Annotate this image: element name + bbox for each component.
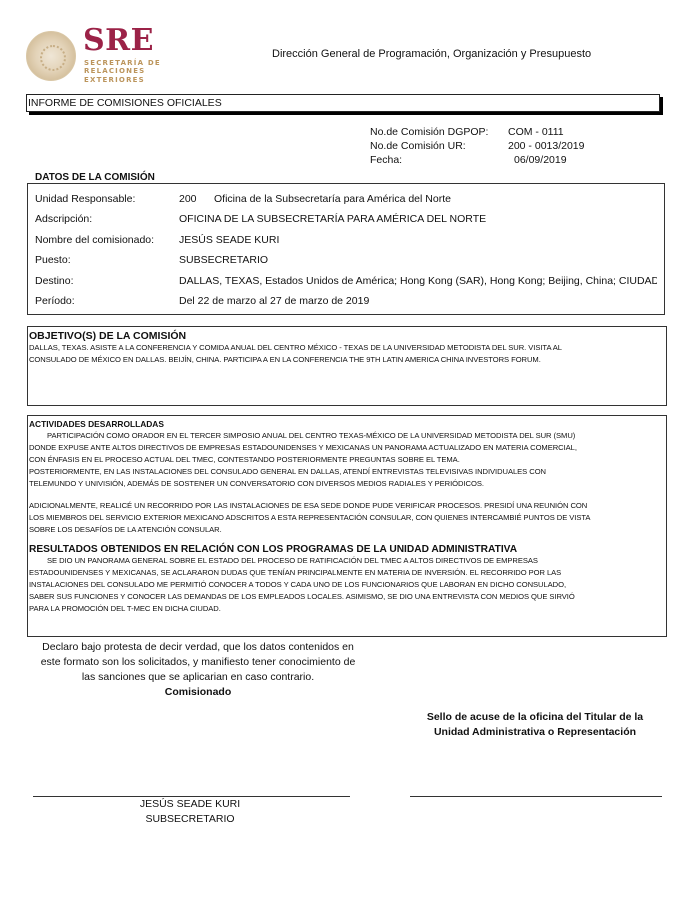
results-line: INSTALACIONES DEL CONSULADO ME PERMITIÓ … xyxy=(29,579,666,591)
results-heading: RESULTADOS OBTENIDOS EN RELACIÓN CON LOS… xyxy=(29,544,666,555)
objectives-line: DALLAS, TEXAS. ASISTE A LA CONFERENCIA Y… xyxy=(29,342,666,354)
activities-line: LOS MIEMBROS DEL SERVICIO EXTERIOR MEXIC… xyxy=(29,512,666,524)
activities-box: ACTIVIDADES DESARROLLADAS PARTICIPACIÓN … xyxy=(27,415,667,637)
row-periodo: Período: Del 22 de marzo al 27 de marzo … xyxy=(35,295,657,307)
logo-subtitle: SECRETARÍA DE RELACIONES EXTERIORES xyxy=(84,59,161,84)
row-unidad-responsable: Unidad Responsable: 200Oficina de la Sub… xyxy=(35,193,657,205)
activities-line: ADICIONALMENTE, REALICÉ UN RECORRIDO POR… xyxy=(29,500,666,512)
sre-logo: SRE SECRETARÍA DE RELACIONES EXTERIORES xyxy=(26,27,166,87)
meta-fecha: Fecha: 06/09/2019 xyxy=(370,153,584,167)
results-line: PARA LA PROMOCIÓN DEL T-MEC EN DICHA CIU… xyxy=(29,603,666,615)
signature-position: SUBSECRETARIO xyxy=(90,812,290,827)
results-line: SE DIO UN PANORAMA GENERAL SOBRE EL ESTA… xyxy=(29,555,666,567)
activities-line: SOBRE LOS DESAFÍOS DE LA ATENCIÓN CONSUL… xyxy=(29,524,666,536)
commission-data-box: Unidad Responsable: 200Oficina de la Sub… xyxy=(27,183,665,315)
meta-dgpop: No.de Comisión DGPOP: COM - 0111 xyxy=(370,125,584,139)
commission-meta: No.de Comisión DGPOP: COM - 0111 No.de C… xyxy=(370,125,584,167)
activities-heading: ACTIVIDADES DESARROLLADAS xyxy=(29,419,666,429)
results-line: ESTADOUNIDENSES Y MEXICANAS, SE ACLARARO… xyxy=(29,567,666,579)
declaration-role: Comisionado xyxy=(38,685,358,700)
commission-data-heading: DATOS DE LA COMISIÓN xyxy=(35,172,155,183)
activities-line: POSTERIORMENTE, EN LAS INSTALACIONES DEL… xyxy=(29,466,666,478)
meta-ur: No.de Comisión UR: 200 - 0013/2019 xyxy=(370,139,584,153)
directorate-title: Dirección General de Programación, Organ… xyxy=(272,48,591,60)
activities-line: TELEMUNDO Y UNIVISIÓN, ADEMÁS DE SOSTENE… xyxy=(29,478,666,490)
activities-line: CON ÉNFASIS EN EL PROCESO ACTUAL DEL TME… xyxy=(29,454,666,466)
coat-of-arms-seal-icon xyxy=(26,31,76,81)
logo-acronym: SRE xyxy=(83,23,154,58)
signature-name: JESÚS SEADE KURI xyxy=(90,797,290,812)
row-destino: Destino: DALLAS, TEXAS, Estados Unidos d… xyxy=(35,275,657,287)
seal-caption: Sello de acuse de la oficina del Titular… xyxy=(410,710,660,740)
row-puesto: Puesto: SUBSECRETARIO xyxy=(35,254,657,266)
row-adscripcion: Adscripción: OFICINA DE LA SUBSECRETARÍA… xyxy=(35,213,657,225)
activities-line: PARTICIPACIÓN COMO ORADOR EN EL TERCER S… xyxy=(29,430,666,442)
signature-block: JESÚS SEADE KURI SUBSECRETARIO xyxy=(90,797,290,827)
row-nombre-comisionado: Nombre del comisionado: JESÚS SEADE KURI xyxy=(35,234,657,246)
declaration: Declaro bajo protesta de decir verdad, q… xyxy=(38,640,358,700)
signature-line-stamp xyxy=(410,796,662,797)
activities-line: DONDE EXPUSE ANTE ALTOS DIRECTIVOS DE EM… xyxy=(29,442,666,454)
objectives-line: CONSULADO DE MÉXICO EN DALLAS. BEIJÍN, C… xyxy=(29,354,666,366)
results-line: SABER SUS FUNCIONES Y CONOCER LAS DEMAND… xyxy=(29,591,666,603)
report-title: INFORME DE COMISIONES OFICIALES xyxy=(26,94,660,112)
objectives-box: OBJETIVO(S) DE LA COMISIÓN DALLAS, TEXAS… xyxy=(27,326,667,406)
objectives-heading: OBJETIVO(S) DE LA COMISIÓN xyxy=(29,330,666,342)
